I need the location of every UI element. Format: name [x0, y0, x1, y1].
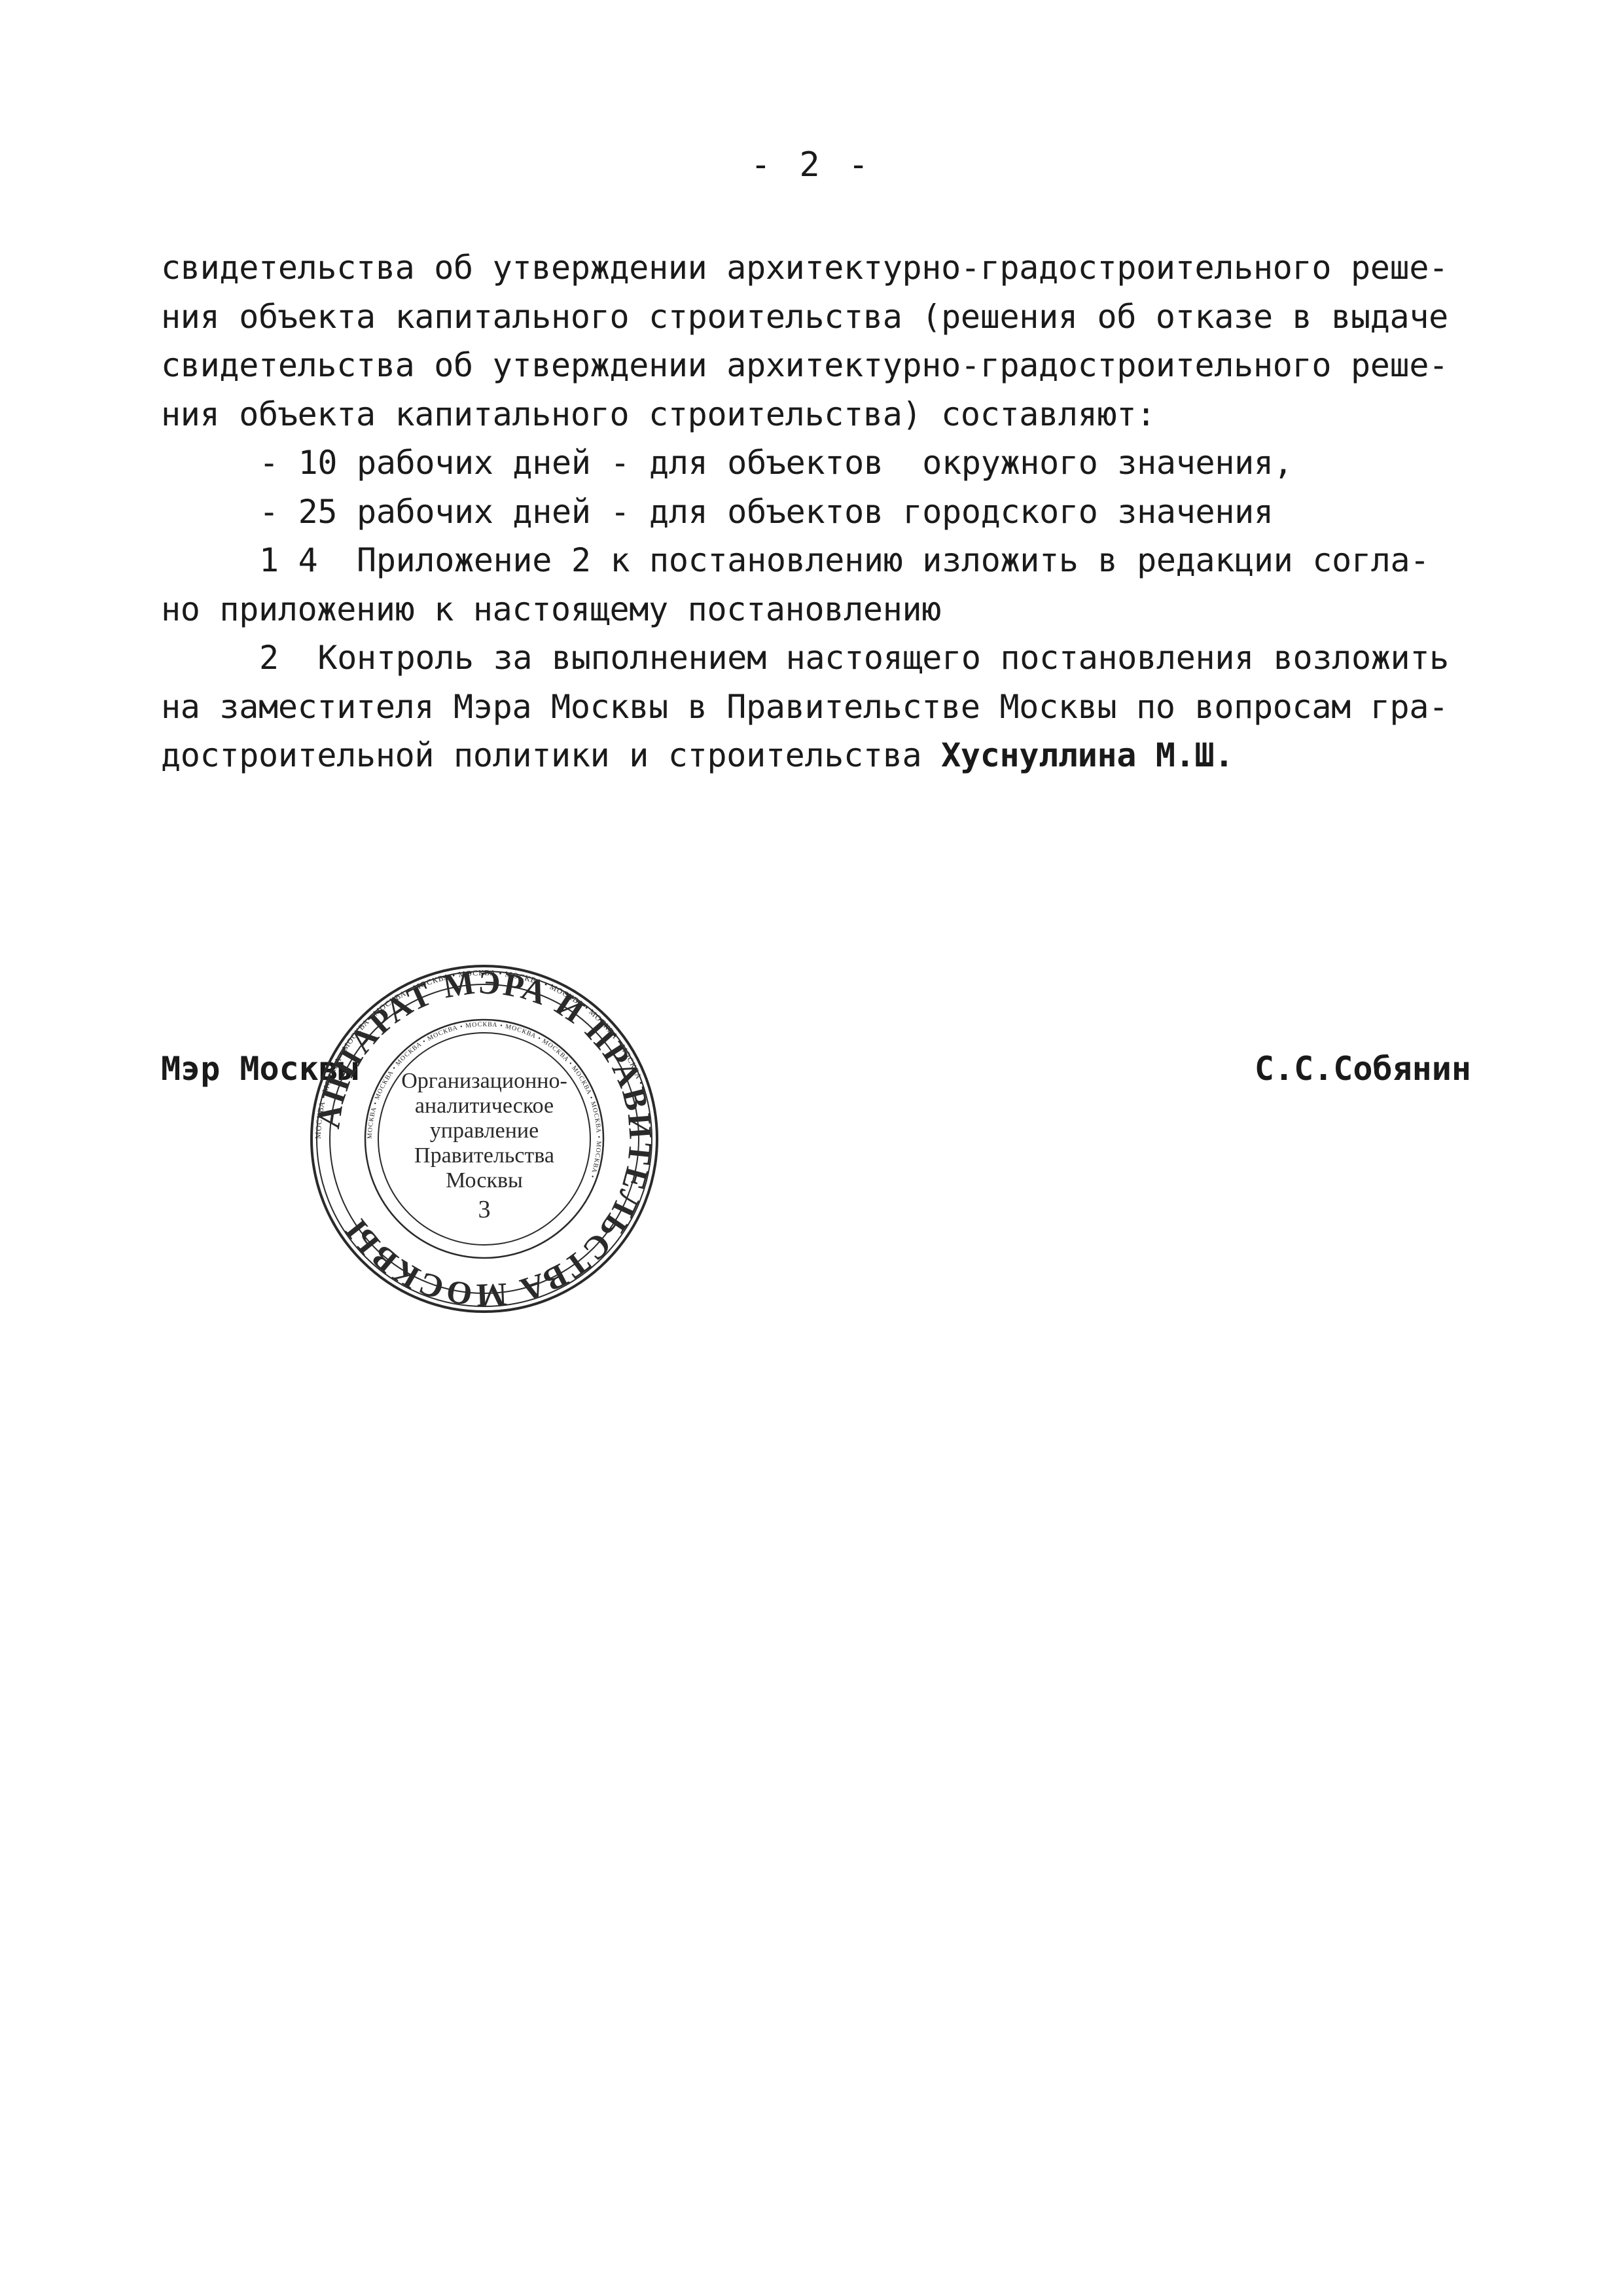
document-page: - 2 - свидетельства об утверждении архит…: [0, 0, 1623, 2296]
seal-inner-line: Правительства: [414, 1143, 554, 1168]
paragraph-2-line-1: 2 Контроль за выполнением настоящего пос…: [161, 634, 1476, 683]
paragraph-2-line-2: на заместителя Мэра Москвы в Правительст…: [161, 683, 1476, 732]
list-item: - 25 рабочих дней - для объектов городск…: [161, 488, 1476, 537]
seal-inner-line: Организационно-: [401, 1069, 567, 1093]
signatory-name: С.С.Собянин: [1255, 1050, 1471, 1088]
body-line: свидетельства об утверждении архитектурн…: [161, 341, 1476, 390]
document-body: свидетельства об утверждении архитектурн…: [161, 243, 1476, 780]
page-number: - 2 -: [0, 145, 1623, 185]
paragraph-2-line-3: достроительной политики и строительства …: [161, 731, 1476, 780]
paragraph-1-4-line-2: но приложению к настоящему постановлению: [161, 585, 1476, 634]
body-line: свидетельства об утверждении архитектурн…: [161, 243, 1476, 293]
responsible-person: Хуснуллина М.Ш.: [941, 736, 1234, 774]
body-line: ния объекта капитального строительства) …: [161, 390, 1476, 439]
seal-inner-line: аналитическое: [415, 1094, 554, 1118]
paragraph-1-4-line-1: 1 4 Приложение 2 к постановлению изложит…: [161, 536, 1476, 585]
list-item: - 10 рабочих дней - для объектов окружно…: [161, 439, 1476, 488]
seal-number: 3: [478, 1196, 491, 1223]
seal-inner-line: управление: [430, 1119, 539, 1143]
paragraph-2-line-3-text: достроительной политики и строительства: [161, 736, 941, 774]
seal-inner-line: Москвы: [446, 1168, 523, 1193]
official-seal-icon: МОСКВА • МОСКВА • МОСКВА • МОСКВА • МОСК…: [308, 962, 661, 1316]
body-line: ния объекта капитального строительства (…: [161, 293, 1476, 342]
